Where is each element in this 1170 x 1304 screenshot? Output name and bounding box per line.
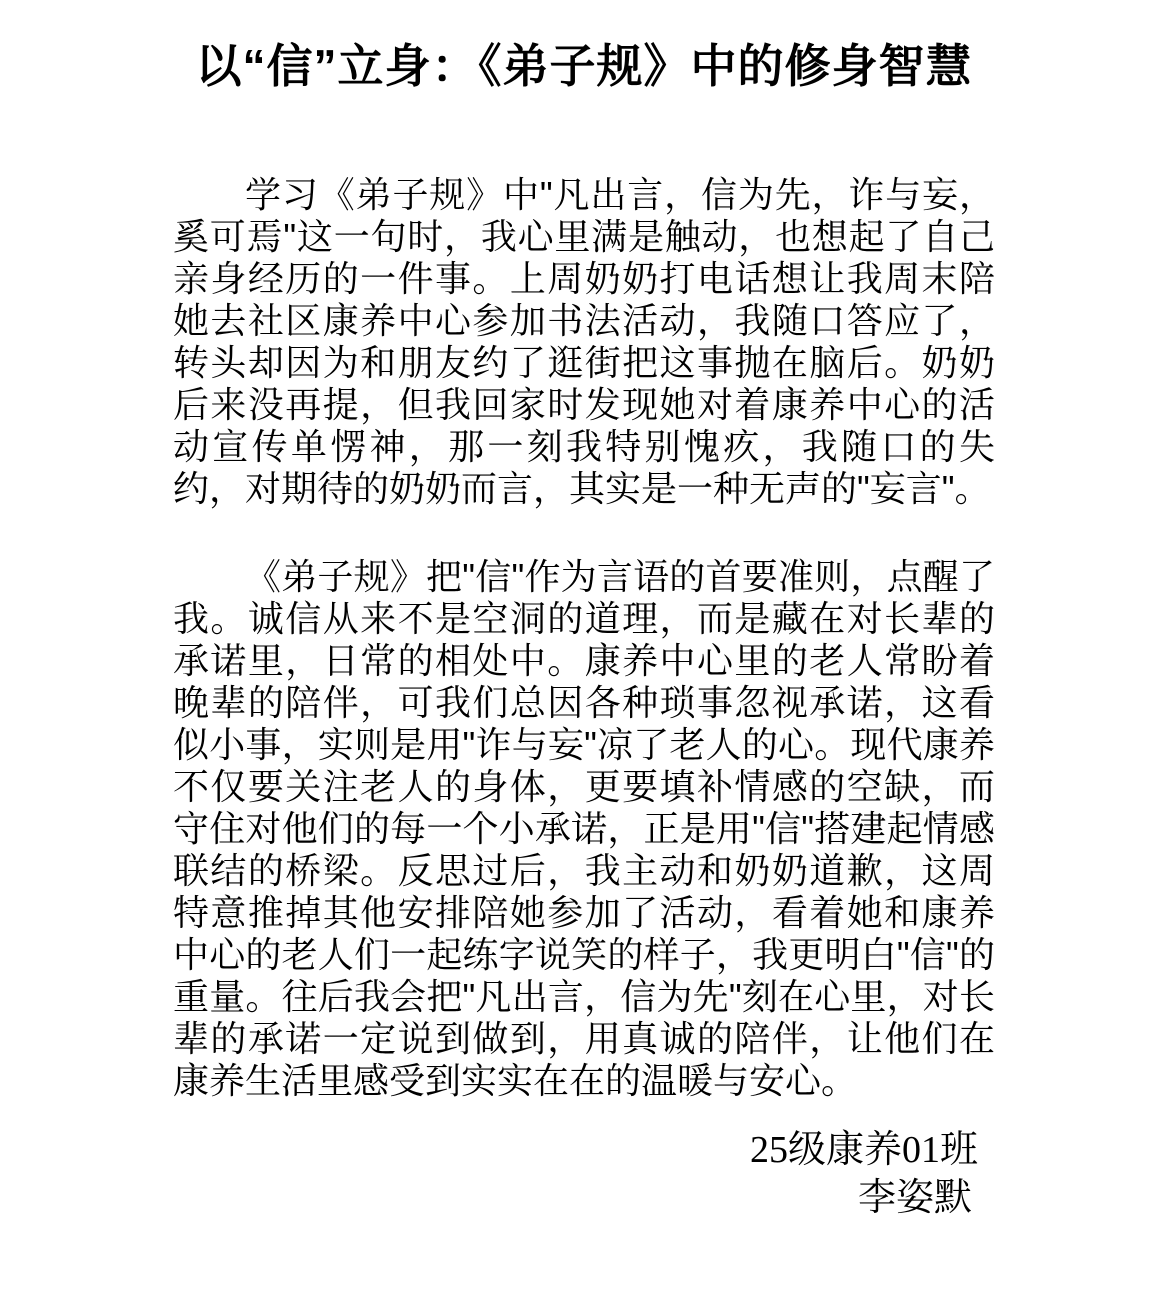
document-title: 以“信”立身：《弟子规》中的修身智慧: [173, 36, 995, 96]
signature-class-line: 25级康养01班: [173, 1126, 995, 1174]
essay-paragraph-2: 《弟子规》把"信"作为言语的首要准则，点醒了我。诚信从来不是空洞的道理，而是藏在…: [173, 556, 995, 1102]
essay-paragraph-1: 学习《弟子规》中"凡出言，信为先，诈与妄，奚可焉"这一句时，我心里满是触动，也想…: [173, 174, 995, 510]
signature-block: 25级康养01班 李姿默: [173, 1126, 995, 1222]
signature-name-line: 李姿默: [173, 1174, 995, 1222]
document-page: 以“信”立身：《弟子规》中的修身智慧 学习《弟子规》中"凡出言，信为先，诈与妄，…: [0, 0, 1170, 1304]
